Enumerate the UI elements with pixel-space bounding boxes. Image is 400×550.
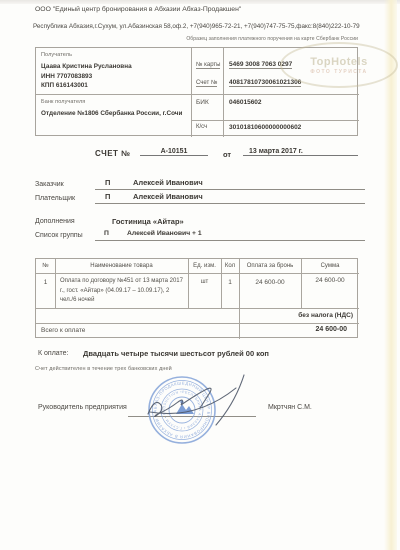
additions-label: Дополнения — [35, 218, 75, 225]
group-value: Алексей Иванович + 1 — [127, 230, 202, 237]
customer-label: Заказчик — [35, 181, 64, 188]
company-address: Республика Абхазия,г.Сухум, ул.Абазинска… — [33, 23, 360, 30]
bank-table-row-line-1 — [36, 94, 359, 95]
col-header-unit: Ед. изм. — [188, 263, 221, 269]
payer-initial: П — [105, 192, 110, 201]
items-tax-line — [36, 323, 359, 324]
item-sum: 24 600-00 — [301, 277, 359, 284]
group-list-label: Список группы — [35, 232, 83, 239]
bank-details-table: Получатель Цаава Кристина Руслановна ИНН… — [35, 47, 358, 136]
additions-value: Гостиница «Айтар» — [112, 217, 184, 226]
recipient-label: Получатель — [41, 52, 72, 58]
item-num: 1 — [36, 279, 55, 286]
col-header-name: Наименование товара — [55, 263, 188, 269]
bank-table-row-line-2 — [191, 120, 359, 121]
items-row-line — [36, 308, 359, 309]
recipient-inn: ИНН 7707083893 — [41, 73, 92, 80]
item-qty: 1 — [221, 279, 239, 286]
col-header-sum: Сумма — [301, 263, 359, 269]
items-header-line — [36, 273, 359, 274]
bik-value: 046015602 — [229, 99, 262, 106]
stamp-svg: ЕДИНЫЙ ЦЕНТР БРОНИРОВАНИЯ В АБХАЗИИ • АБ… — [138, 366, 248, 461]
payer-field: П Алексей Иванович — [95, 191, 365, 204]
recipient-kpp: КПП 616143001 — [41, 82, 88, 89]
invoice-title: СЧЕТ № — [95, 149, 131, 158]
customer-initial: П — [105, 178, 110, 187]
total-label: Всего к оплате — [41, 327, 85, 334]
tax-note: без налога (НДС) — [239, 312, 353, 319]
item-name: Оплата по договору №451 от 13 марта 2017… — [60, 277, 184, 306]
photo-edge-top — [0, 0, 400, 4]
bik-label: БИК — [196, 99, 209, 106]
company-name: ООО "Единый центр бронирования в Абхазии… — [35, 6, 241, 13]
card-number-value: 5469 3008 7063 0297 — [229, 61, 292, 69]
col-header-payment: Оплата за бронь — [239, 263, 301, 269]
bank-table-divider-1 — [191, 48, 192, 137]
invoice-number: А-10151 — [140, 148, 208, 156]
bank-label: Банк получателя — [41, 99, 85, 105]
payer-name: Алексей Иванович — [133, 192, 203, 201]
bank-name: Отделение №1806 Сбербанка России, г.Сочи — [41, 110, 182, 117]
to-pay-value: Двадцать четыре тысячи шестьсот рублей 0… — [83, 349, 269, 358]
item-booking-payment: 24 600-00 — [239, 279, 301, 286]
director-name: Мкртчян С.М. — [268, 404, 312, 411]
photo-edge-right — [384, 0, 397, 550]
to-pay-label: К оплате: — [38, 350, 69, 357]
card-number-label: № карты — [196, 62, 220, 69]
group-list-field: П Алексей Иванович + 1 — [95, 229, 365, 241]
director-label: Руководитель предприятия — [38, 404, 127, 411]
company-stamp: ЕДИНЫЙ ЦЕНТР БРОНИРОВАНИЯ В АБХАЗИИ • АБ… — [138, 366, 248, 461]
payer-label: Плательщик — [35, 195, 75, 202]
customer-field: П Алексей Иванович — [95, 177, 365, 190]
corr-account-label: К/сч — [196, 124, 207, 130]
corr-account-value: 30101810600000000602 — [229, 124, 301, 131]
col-header-qty: Кол — [221, 263, 239, 269]
account-value: 40817810730061021306 — [229, 79, 301, 87]
bank-table-divider-2 — [223, 48, 224, 137]
payment-sample-caption: Образец заполнения платежного поручения … — [150, 36, 358, 42]
total-value: 24 600-00 — [239, 326, 353, 333]
items-table: № Наименование товара Ед. изм. Кол Оплат… — [35, 258, 358, 338]
customer-name: Алексей Иванович — [133, 178, 203, 187]
item-unit: шт — [188, 279, 221, 285]
group-initial: П — [104, 230, 109, 237]
col-header-num: № — [36, 263, 55, 269]
invoice-date: 13 марта 2017 г. — [243, 148, 358, 156]
recipient-name: Цаава Кристина Руслановна — [41, 63, 132, 70]
invoice-from-label: от — [223, 150, 231, 159]
account-label: Счет № — [196, 80, 217, 87]
